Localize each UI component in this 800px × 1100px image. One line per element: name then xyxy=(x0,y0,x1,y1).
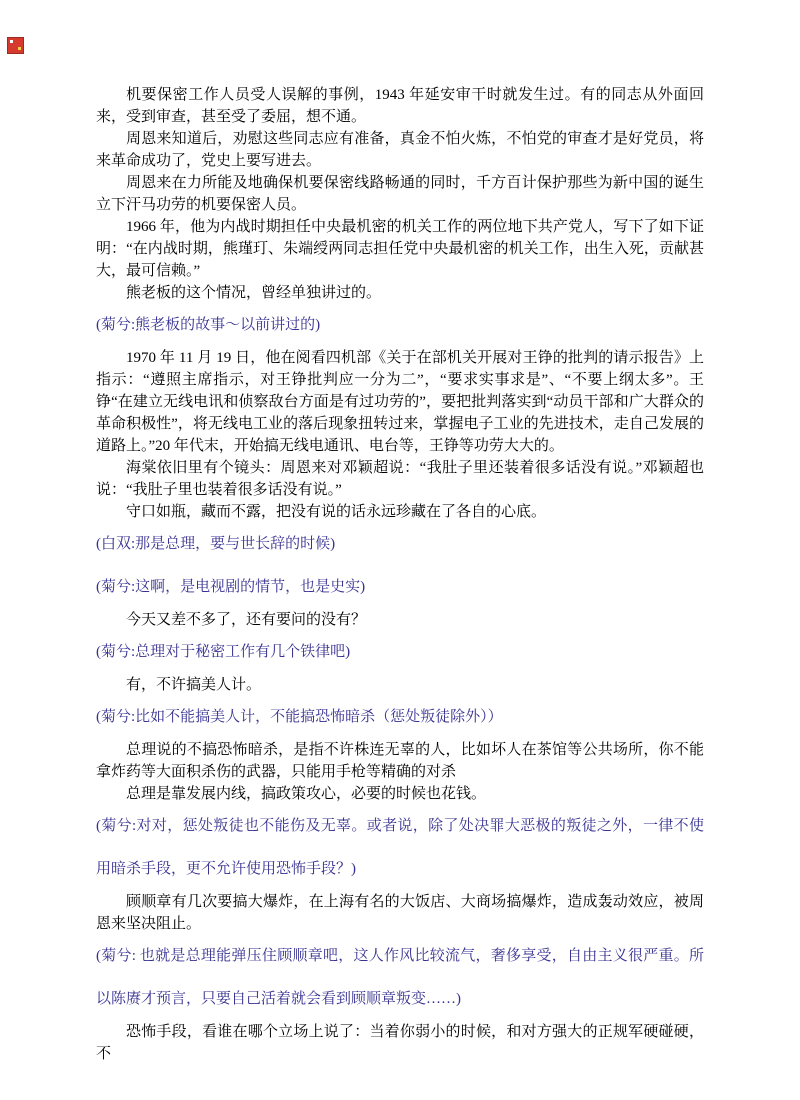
broken-image-pixel xyxy=(18,47,21,50)
broken-image-icon xyxy=(7,37,24,54)
body-paragraph: 守口如瓶，藏而不露，把没有说的话永远珍藏在了各自的心底。 xyxy=(96,501,704,523)
body-paragraph: 1970 年 11 月 19 日，他在阅看四机部《关于在部机关开展对王铮的批判的… xyxy=(96,347,704,457)
annotation-paragraph: (菊兮: 也就是总理能弹压住顾顺章吧，这人作风比较流气，奢侈享受，自由主义很严重… xyxy=(96,935,704,1021)
body-paragraph: 有，不许搞美人计。 xyxy=(96,674,704,696)
broken-image-pixel xyxy=(10,40,13,43)
body-paragraph: 总理说的不搞恐怖暗杀，是指不许株连无辜的人，比如坏人在茶馆等公共场所，你不能拿炸… xyxy=(96,739,704,783)
body-paragraph: 熊老板的这个情况，曾经单独讲过的。 xyxy=(96,282,704,304)
body-paragraph: 今天又差不多了，还有要问的没有？ xyxy=(96,609,704,631)
annotation-paragraph: (菊兮:比如不能搞美人计，不能搞恐怖暗杀（惩处叛徒除外）） xyxy=(96,696,704,739)
annotation-paragraph: (菊兮:对对，惩处叛徒也不能伤及无辜。或者说，除了处决罪大恶极的叛徒之外，一律不… xyxy=(96,805,704,891)
body-paragraph: 1966 年，他为内战时期担任中央最机密的机关工作的两位地下共产党人，写下了如下… xyxy=(96,216,704,282)
document-body: 机要保密工作人员受人误解的事例，1943 年延安审干时就发生过。有的同志从外面回… xyxy=(96,84,704,1065)
annotation-paragraph: (菊兮:总理对于秘密工作有几个铁律吧) xyxy=(96,631,704,674)
body-paragraph: 恐怖手段，看谁在哪个立场上说了：当着你弱小的时候，和对方强大的正规军硬碰硬，不 xyxy=(96,1021,704,1065)
body-paragraph: 海棠依旧里有个镜头：周恩来对邓颖超说：“我肚子里还装着很多话没有说。”邓颖超也说… xyxy=(96,457,704,501)
body-paragraph: 周恩来知道后，劝慰这些同志应有准备，真金不怕火炼，不怕党的审查才是好党员，将来革… xyxy=(96,128,704,172)
document-page: 机要保密工作人员受人误解的事例，1943 年延安审干时就发生过。有的同志从外面回… xyxy=(0,0,800,1100)
body-paragraph: 机要保密工作人员受人误解的事例，1943 年延安审干时就发生过。有的同志从外面回… xyxy=(96,84,704,128)
annotation-paragraph: (菊兮:这啊，是电视剧的情节，也是史实) xyxy=(96,566,704,609)
annotation-paragraph: (菊兮:熊老板的故事～以前讲过的) xyxy=(96,304,704,347)
body-paragraph: 顾顺章有几次要搞大爆炸，在上海有名的大饭店、大商场搞爆炸，造成轰动效应，被周恩来… xyxy=(96,891,704,935)
body-paragraph: 周恩来在力所能及地确保机要保密线路畅通的同时，千方百计保护那些为新中国的诞生立下… xyxy=(96,172,704,216)
body-paragraph: 总理是靠发展内线，搞政策攻心，必要的时候也花钱。 xyxy=(96,783,704,805)
annotation-paragraph: (白双:那是总理，要与世长辞的时候) xyxy=(96,523,704,566)
